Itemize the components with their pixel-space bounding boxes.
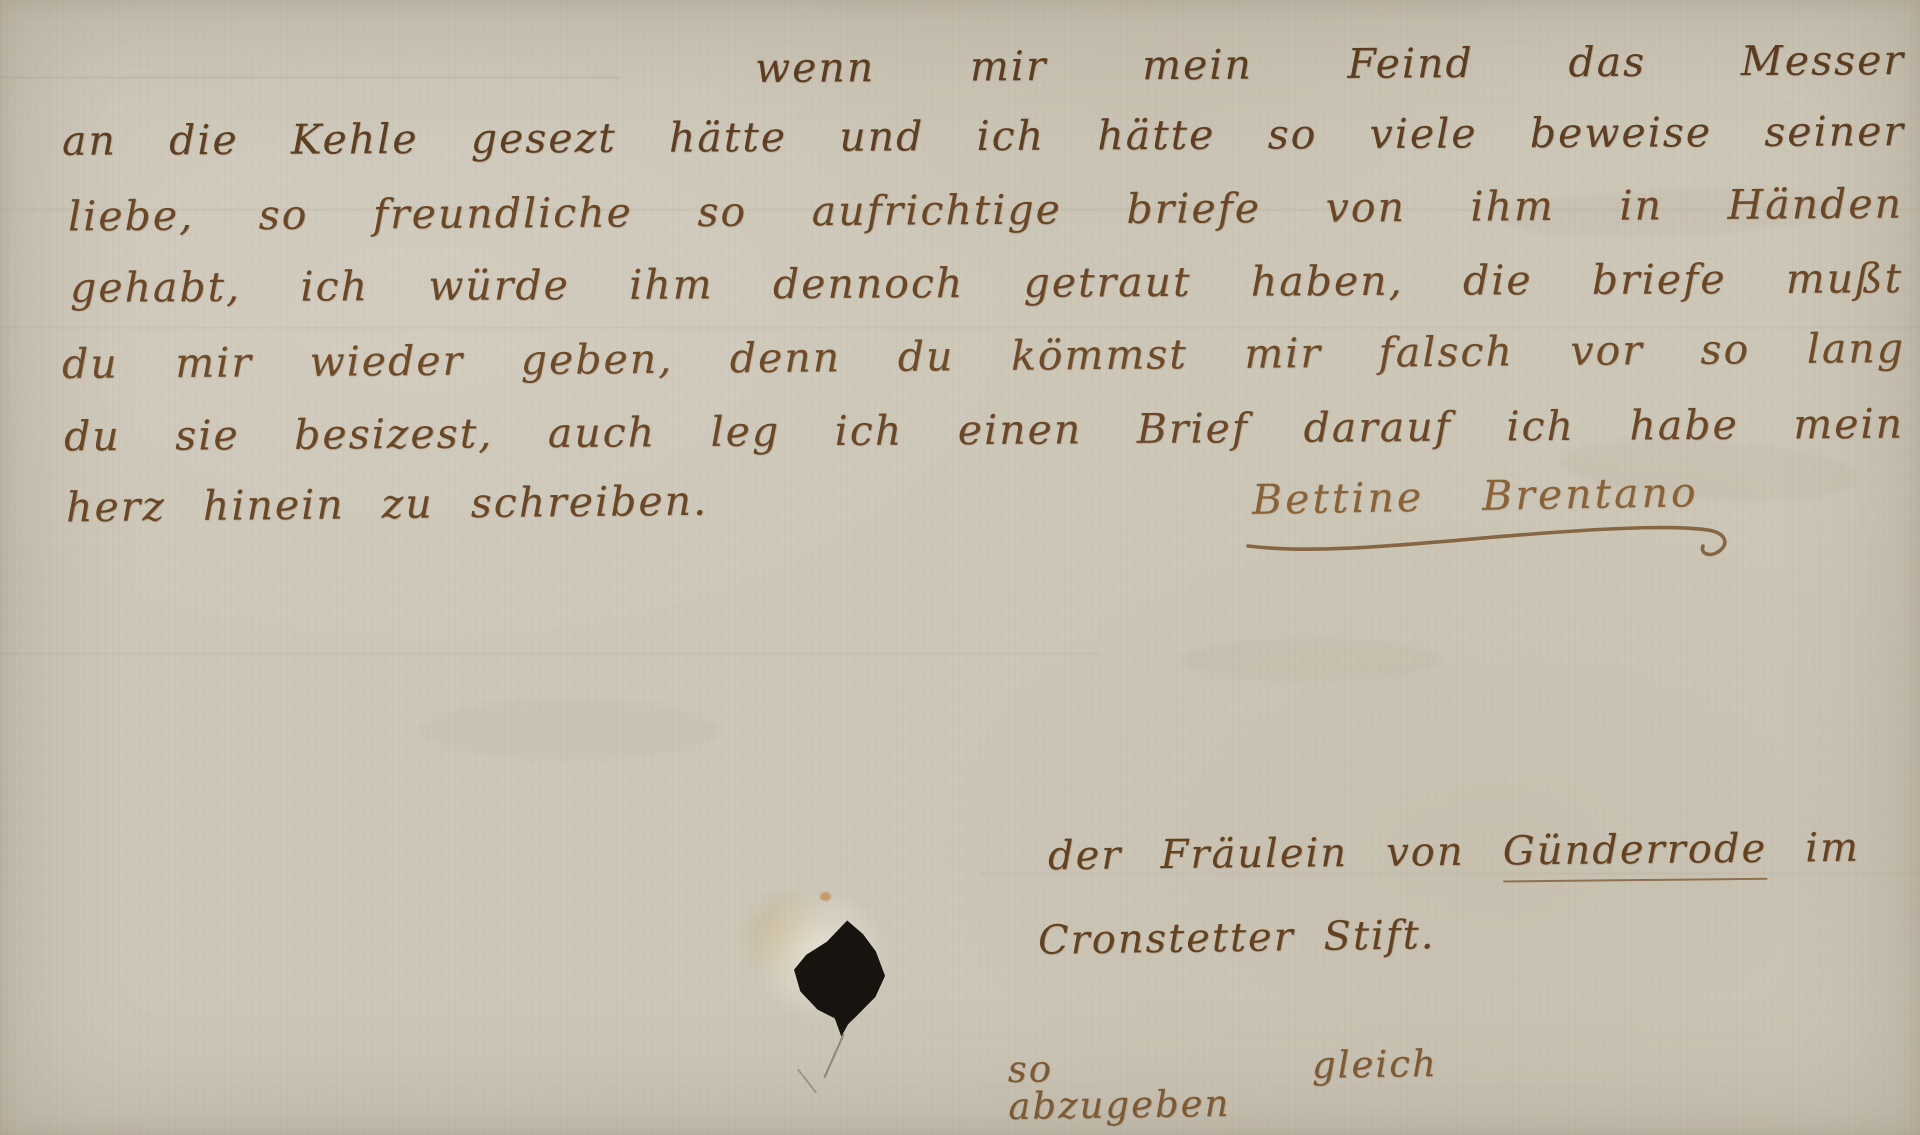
rust-speck — [820, 892, 831, 901]
address-line-recipient: der Fräulein von Günderrode im — [1048, 828, 1860, 877]
signature-underline-flourish — [1240, 500, 1740, 570]
address-prefix: der Fräulein von — [1048, 828, 1503, 879]
recipient-name-underlined: Günderrode — [1503, 826, 1768, 883]
letter-body-line: liebe, so freundliche so aufrichtige bri… — [68, 184, 1903, 238]
delivery-note: so gleich abzugeben — [1008, 1045, 1439, 1125]
paper-crack — [797, 1069, 817, 1094]
letter-body-line: du sie besizest, auch leg ich einen Brie… — [64, 404, 1904, 458]
letter-body-line: herz hinein zu schreiben. — [66, 481, 708, 529]
fold-crease — [0, 652, 1100, 655]
paper-crack — [823, 1034, 844, 1079]
fold-crease — [0, 76, 620, 79]
letter-body-line: du mir wieder geben, denn du kömmst mir … — [62, 328, 1905, 385]
letter-body-line: wenn mir mein Feind das Messer — [755, 40, 1905, 89]
letter-page: wenn mir mein Feind das Messer an die Ke… — [0, 0, 1920, 1135]
bleed-through-smudge — [420, 700, 720, 760]
address-line-place: Cronstetter Stift. — [1038, 915, 1436, 961]
bleed-through-smudge — [1180, 640, 1440, 680]
letter-body-line: an die Kehle gesezt hätte und ich hätte … — [62, 111, 1905, 162]
address-suffix: im — [1767, 825, 1860, 872]
letter-body-line: gehabt, ich würde ihm dennoch getraut ha… — [70, 258, 1903, 309]
